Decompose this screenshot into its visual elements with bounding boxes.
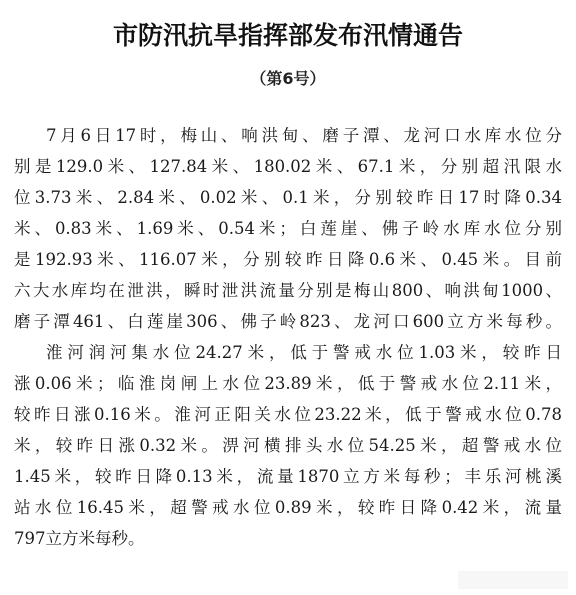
text-line: 797立方米每秒。 xyxy=(14,523,562,554)
paragraph-reservoirs: 7月6日17时，梅山、响洪甸、磨子潭、龙河口水库水位分 别是129.0米、127… xyxy=(14,120,562,337)
text-line: 较昨日涨0.16米。淮河正阳关水位23.22米，低于警戒水位0.78 xyxy=(14,399,562,430)
text-line: 六大水库均在泄洪，瞬时泄洪流量分别是梅山800、响洪甸1000、 xyxy=(14,275,562,306)
document-issue-number: （第6号） xyxy=(0,66,576,89)
text-line: 是192.93米、116.07米，分别较昨日降0.6米、0.45米。目前 xyxy=(14,244,562,275)
text-line: 磨子潭461、白莲崖306、佛子岭823、龙河口600立方米每秒。 xyxy=(14,306,562,337)
text-line: 7月6日17时，梅山、响洪甸、磨子潭、龙河口水库水位分 xyxy=(14,120,562,151)
document-body: 7月6日17时，梅山、响洪甸、磨子潭、龙河口水库水位分 别是129.0米、127… xyxy=(14,120,562,554)
text-line: 1.45米，较昨日降0.13米，流量1870立方米每秒；丰乐河桃溪 xyxy=(14,461,562,492)
text-line: 米、0.83米、1.69米、0.54米；白莲崖、佛子岭水库水位分别 xyxy=(14,213,562,244)
text-line: 别是129.0米、127.84米、180.02米、67.1米，分别超汛限水 xyxy=(14,151,562,182)
text-line: 淮河润河集水位24.27米，低于警戒水位1.03米，较昨日 xyxy=(14,337,562,368)
faded-watermark xyxy=(458,571,568,589)
paragraph-rivers: 淮河润河集水位24.27米，低于警戒水位1.03米，较昨日 涨0.06米；临淮岗… xyxy=(14,337,562,554)
document-title: 市防汛抗旱指挥部发布汛情通告 xyxy=(0,16,576,52)
text-line: 涨0.06米；临淮岗闸上水位23.89米，低于警戒水位2.11米， xyxy=(14,368,562,399)
text-line: 站水位16.45米，超警戒水位0.89米，较昨日降0.42米，流量 xyxy=(14,492,562,523)
text-line: 米，较昨日涨0.32米。淠河横排头水位54.25米，超警戒水位 xyxy=(14,430,562,461)
text-line: 位3.73米、2.84米、0.02米、0.1米，分别较昨日17时降0.34 xyxy=(14,182,562,213)
